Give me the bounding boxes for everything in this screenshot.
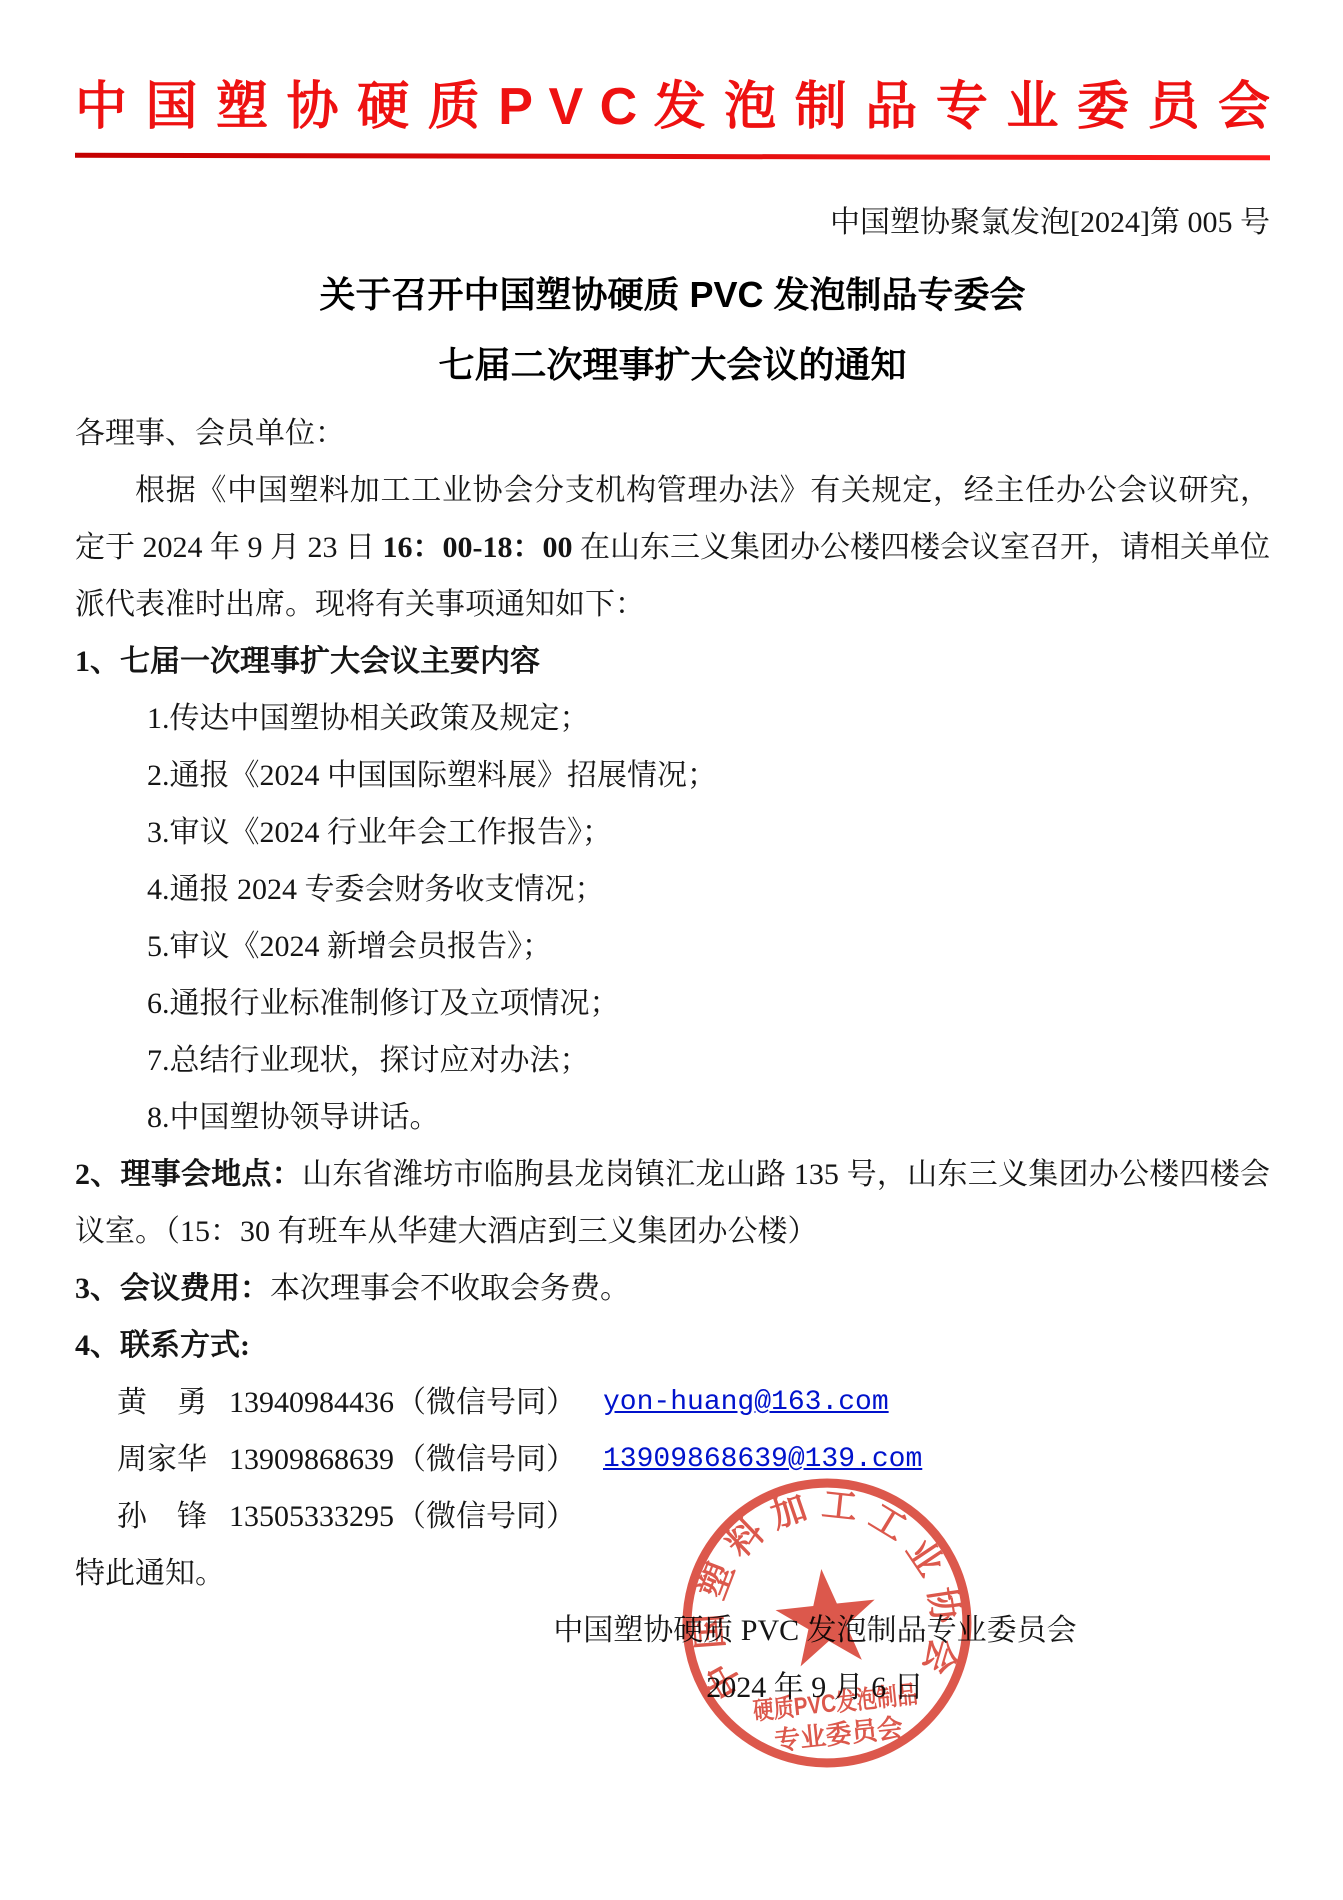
email-link[interactable]: 13909868639@139.com: [603, 1444, 922, 1475]
letterhead-title: 中 国 塑 协 硬 质 P V C 发 泡 制 品 专 业 委 员 会: [75, 64, 1270, 150]
notice-title-line1: 关于召开中国塑协硬质 PVC 发泡制品专委会: [75, 271, 1270, 319]
agenda-item: 2.通报《2024 中国国际塑料展》招展情况；: [75, 747, 1270, 804]
contact-email: 13909868639@139.com: [603, 1431, 922, 1488]
letterhead-rule: [75, 153, 1270, 161]
agenda-item: 8.中国塑协领导讲话。: [75, 1089, 1270, 1146]
contact-email: yon-huang@163.com: [603, 1374, 889, 1431]
contact-row: 周家华13909868639（微信号同） 13909868639@139.com: [75, 1431, 1270, 1488]
contact-name: 黄 勇: [117, 1374, 229, 1431]
section2-label: 2、理事会地点：: [75, 1158, 302, 1191]
contact-phone: 13505333295: [229, 1500, 394, 1533]
intro-paragraph: 根据《中国塑料加工工业协会分支机构管理办法》有关规定，经主任办公会议研究，定于 …: [75, 462, 1270, 633]
contact-row: 黄 勇13940984436（微信号同） yon-huang@163.com: [75, 1374, 1270, 1431]
agenda-item: 1.传达中国塑协相关政策及规定；: [75, 690, 1270, 747]
contact-phone: 13940984436: [229, 1386, 394, 1419]
notice-title-line2: 七届二次理事扩大会议的通知: [75, 341, 1270, 389]
contact-name: 周家华: [117, 1431, 229, 1488]
contact-phone: 13909868639: [229, 1443, 394, 1476]
section4-heading: 4、联系方式:: [75, 1317, 1270, 1374]
agenda-item: 4.通报 2024 专委会财务收支情况；: [75, 861, 1270, 918]
closing-phrase: 特此通知。: [75, 1545, 1270, 1602]
document-number: 中国塑协聚氯发泡[2024]第 005 号: [75, 203, 1270, 243]
contact-row: 孙 锋13505333295（微信号同）: [75, 1488, 1270, 1545]
section3-fee: 3、会议费用：本次理事会不收取会务费。: [75, 1260, 1270, 1317]
contact-note: （微信号同）: [396, 1443, 576, 1476]
section1-heading: 1、七届一次理事扩大会议主要内容: [75, 633, 1270, 690]
contact-note: （微信号同）: [396, 1386, 576, 1419]
contact-note: （微信号同）: [396, 1500, 576, 1533]
notice-document: 中 国 塑 协 硬 质 P V C 发 泡 制 品 专 业 委 员 会 中国塑协…: [0, 0, 1343, 1900]
agenda-item: 6.通报行业标准制修订及立项情况；: [75, 975, 1270, 1032]
agenda-item: 7.总结行业现状，探讨应对办法；: [75, 1032, 1270, 1089]
seal-subtitle-line2: 专业委员会: [773, 1713, 904, 1756]
section3-text: 本次理事会不收取会务费。: [270, 1272, 630, 1305]
signature-date: 2024 年 9 月 6 日: [525, 1659, 1105, 1716]
agenda-item: 5.审议《2024 新增会员报告》；: [75, 918, 1270, 975]
meeting-time: 16：00-18：00: [383, 531, 573, 564]
signature-block: 中国塑协硬质 PVC 发泡制品专业委员会 2024 年 9 月 6 日: [525, 1602, 1105, 1716]
salutation: 各理事、会员单位：: [75, 405, 1270, 462]
agenda-item: 3.审议《2024 行业年会工作报告》；: [75, 804, 1270, 861]
email-link[interactable]: yon-huang@163.com: [603, 1387, 889, 1418]
signature-org: 中国塑协硬质 PVC 发泡制品专业委员会: [525, 1602, 1105, 1659]
section3-label: 3、会议费用：: [75, 1272, 270, 1305]
contact-name: 孙 锋: [117, 1488, 229, 1545]
section2-location: 2、理事会地点：山东省潍坊市临朐县龙岗镇汇龙山路 135 号，山东三义集团办公楼…: [75, 1146, 1270, 1260]
notice-body: 各理事、会员单位： 根据《中国塑料加工工业协会分支机构管理办法》有关规定，经主任…: [75, 405, 1270, 1716]
